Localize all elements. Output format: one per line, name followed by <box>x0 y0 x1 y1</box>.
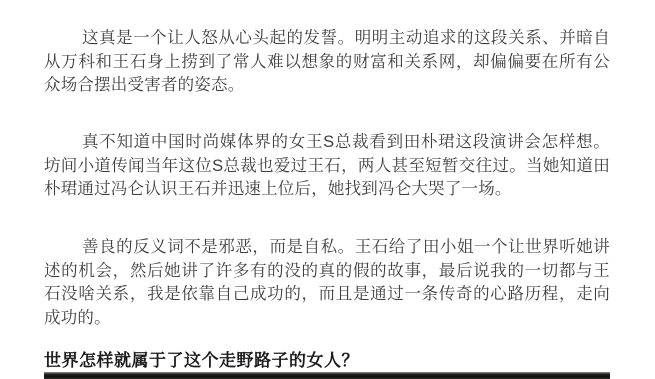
section-heading: 世界怎样就属于了这个走野路子的女人？ <box>44 349 610 372</box>
article-page: 这真是一个让人怒从心头起的发誓。明明主动追求的这段关系、并暗自从万科和王石身上捞… <box>0 0 655 379</box>
cropped-photo-top-edge <box>44 372 610 379</box>
article-paragraph-2: 真不知道中国时尚媒体界的女王S总裁看到田朴珺这段演讲会怎样想。坊间小道传闻当年这… <box>44 131 610 202</box>
article-paragraph-1: 这真是一个让人怒从心头起的发誓。明明主动追求的这段关系、并暗自从万科和王石身上捞… <box>44 27 610 98</box>
article-paragraph-3: 善良的反义词不是邪恶，而是自私。王石给了田小姐一个让世界听她讲述的机会，然后她讲… <box>44 236 610 330</box>
